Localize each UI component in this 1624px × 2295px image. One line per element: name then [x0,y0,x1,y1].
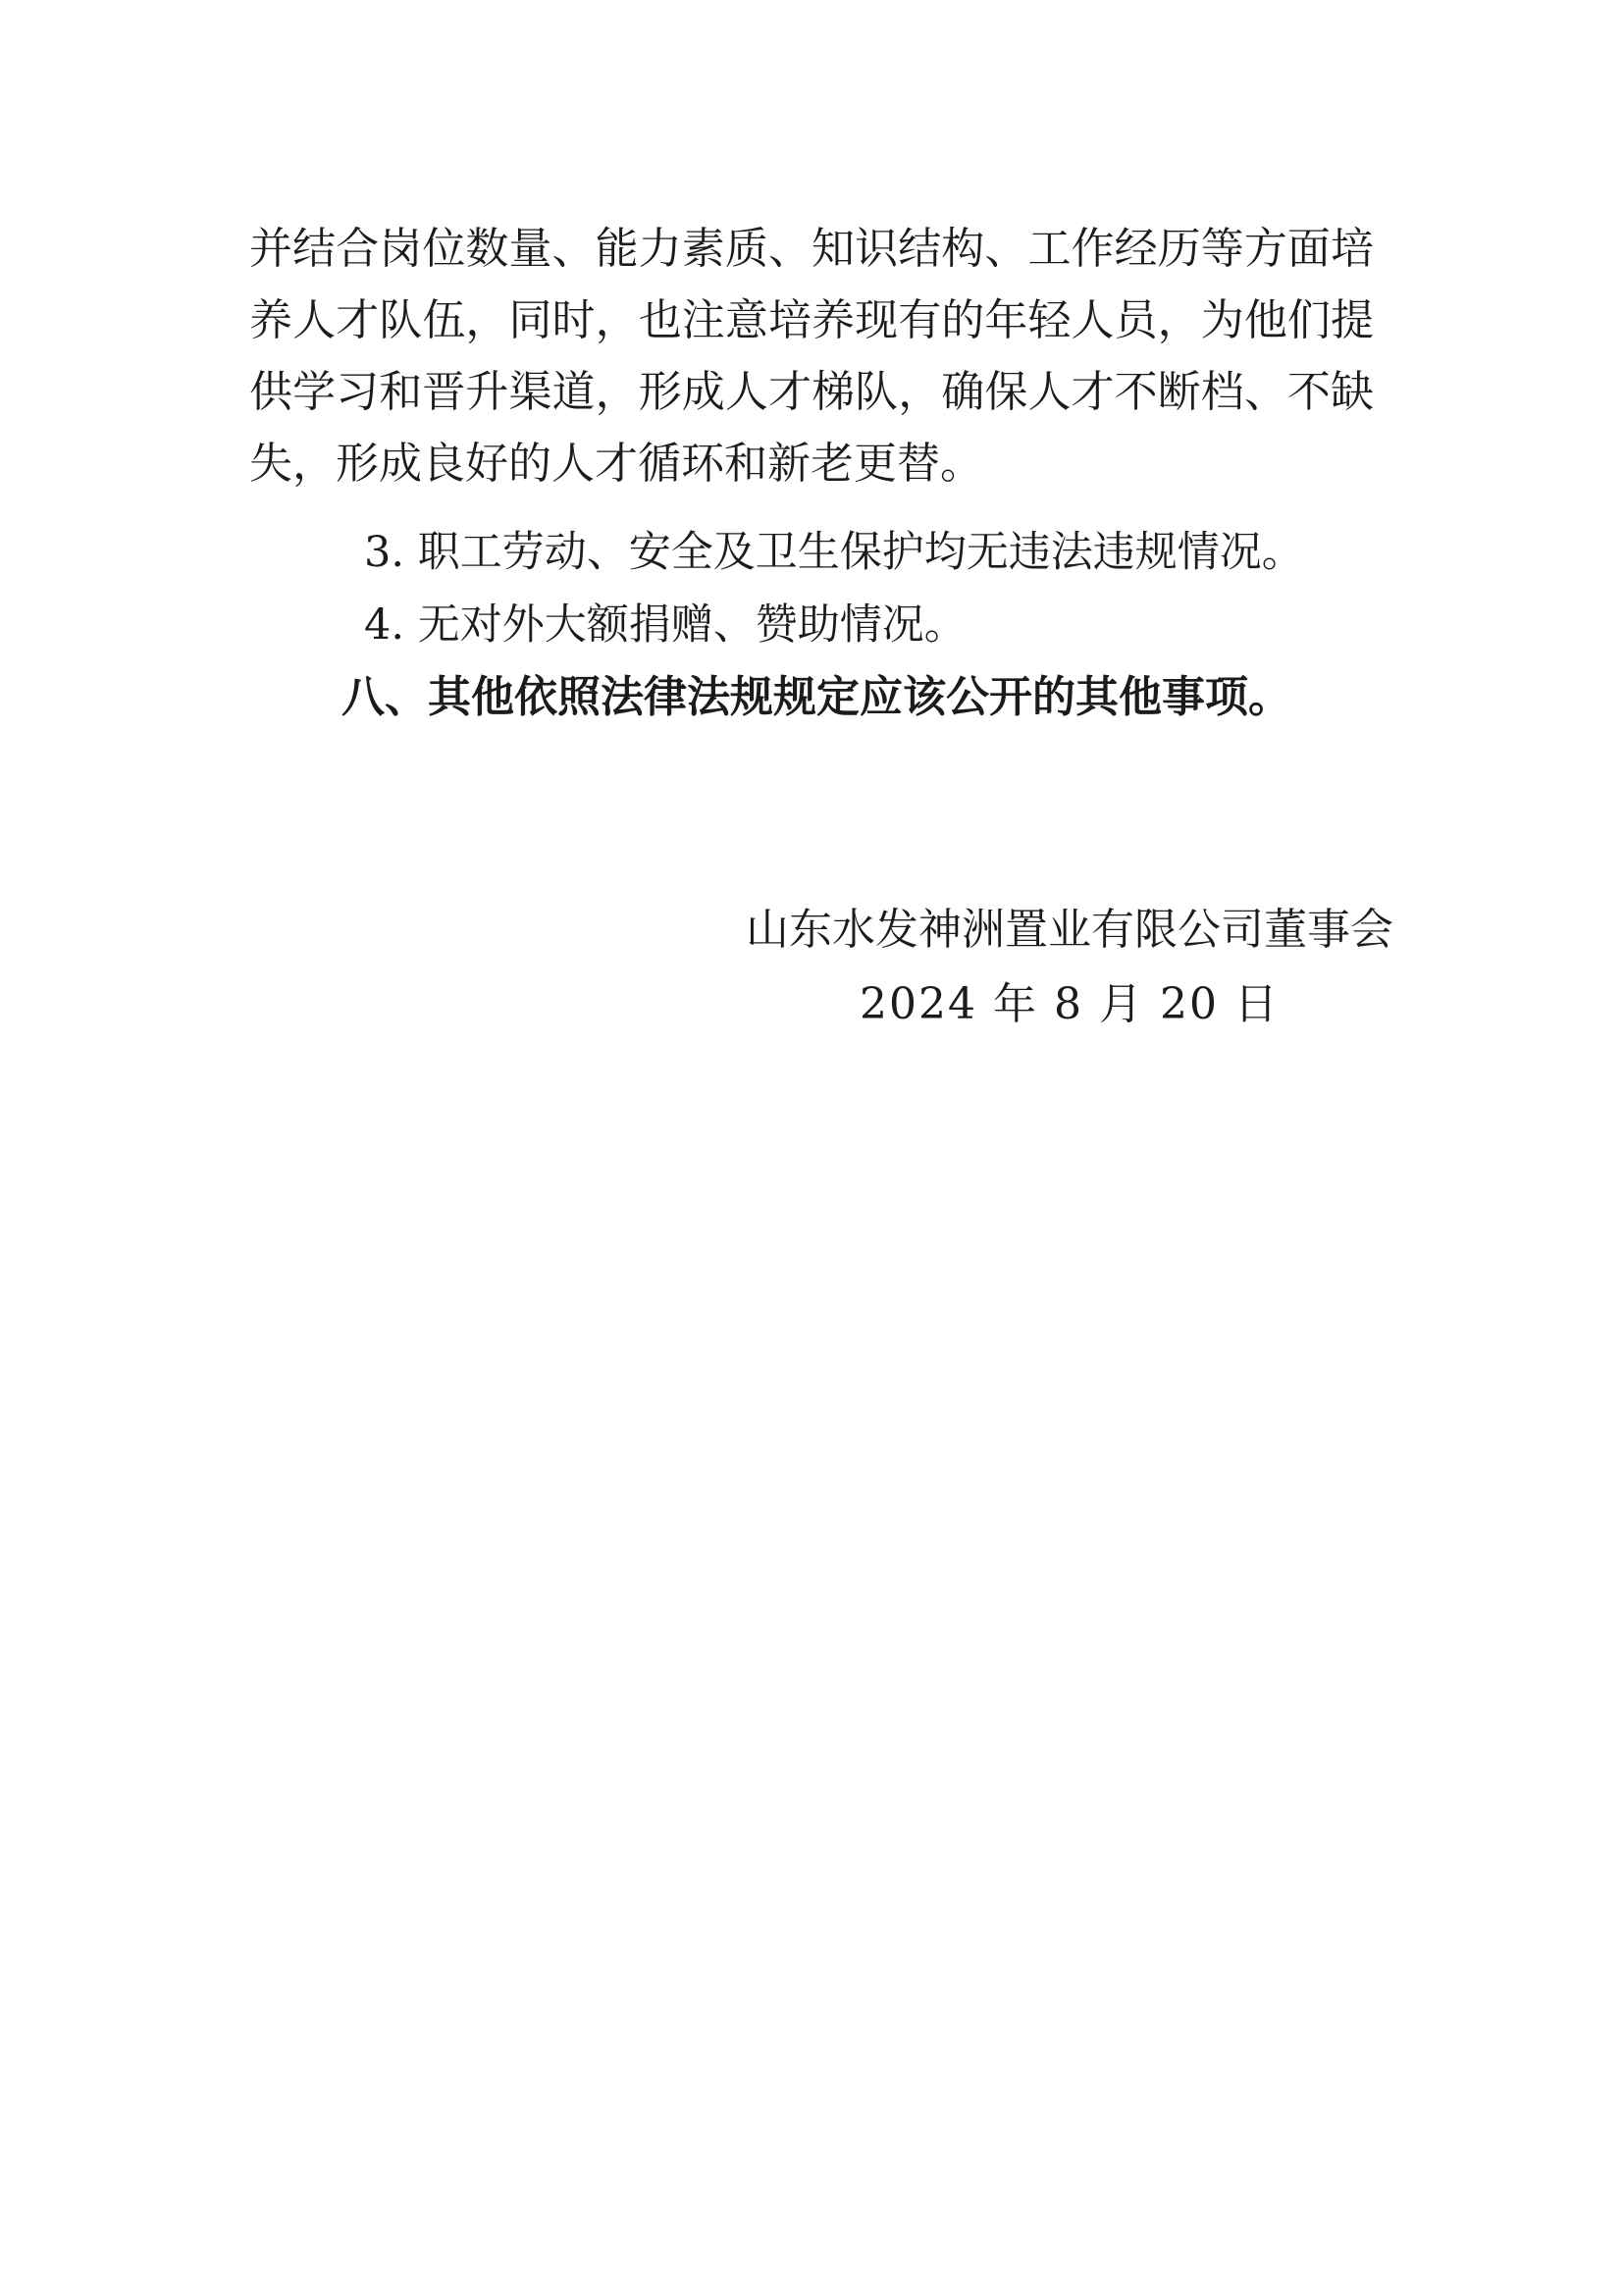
signature-date: 2024 年 8 月 20 日 [746,966,1393,1043]
signature-block: 山东水发神洲置业有限公司董事会 2024 年 8 月 20 日 [746,894,1393,1043]
body-paragraph: 并结合岗位数量、能力素质、知识结构、工作经历等方面培养人才队伍，同时，也注意培养… [249,213,1374,499]
section-heading: 八、其他依照法律法规规定应该公开的其他事项。 [249,661,1374,734]
list-item-3: 3. 职工劳动、安全及卫生保护均无违法违规情况。 [249,516,1374,589]
document-page: 并结合岗位数量、能力素质、知识结构、工作经历等方面培养人才队伍，同时，也注意培养… [0,0,1624,2295]
list-item-4: 4. 无对外大额捐赠、赞助情况。 [249,589,1374,661]
signature-company: 山东水发神洲置业有限公司董事会 [746,894,1393,966]
